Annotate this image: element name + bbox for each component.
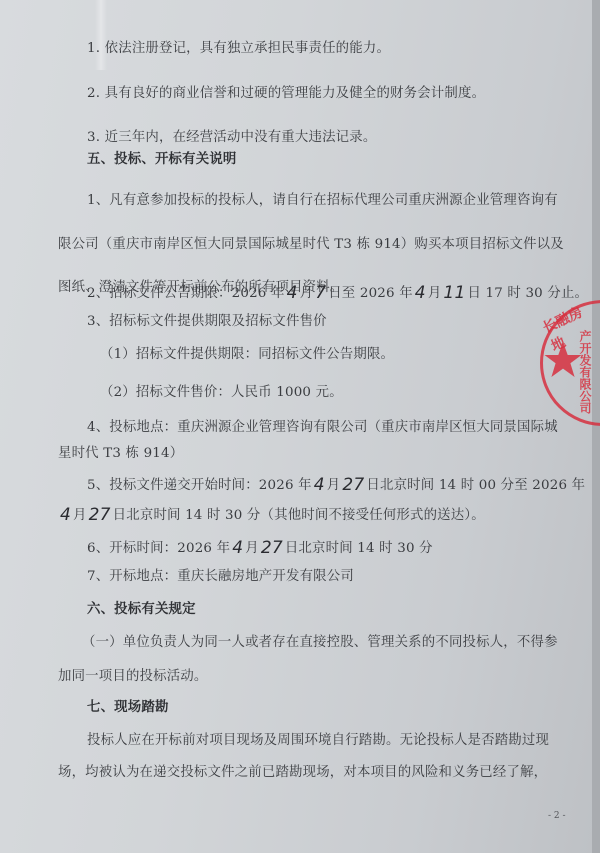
- s5-item2-prefix: 2、招标文件公告期限：2026 年: [87, 286, 285, 301]
- month-label: 月: [327, 478, 341, 493]
- s5-item5-line1: 5、投标文件递交开始时间：2026 年4月27日北京时间 14 时 00 分至 …: [87, 475, 585, 495]
- handwritten-day: 11: [441, 283, 467, 303]
- s5-item2-mid: 日至 2026 年: [328, 286, 413, 301]
- section-6-heading: 六、投标有关规定: [87, 600, 196, 618]
- handwritten-day: 27: [87, 505, 113, 525]
- handwritten-month: 4: [58, 505, 73, 525]
- handwritten-month: 4: [413, 283, 428, 303]
- s5-item2: 2、招标文件公告期限：2026 年4月7日至 2026 年4月11日 17 时 …: [87, 283, 588, 303]
- month-label: 月: [73, 508, 87, 523]
- handwritten-month: 4: [312, 475, 327, 495]
- section-7-heading: 七、现场踏勘: [87, 698, 169, 716]
- s7-line1: 投标人应在开标前对项目现场及周围环境自行踏勘。无论投标人是否踏勘过现: [87, 732, 549, 750]
- s5-item4-line1: 4、投标地点：重庆洲源企业管理咨询有限公司（重庆市南岸区恒大同景国际城: [87, 419, 558, 437]
- s5-item4-line2: 星时代 T3 栋 914）: [58, 445, 183, 463]
- s5-item6-prefix: 6、开标时间：2026 年: [87, 541, 230, 556]
- s5-item6: 6、开标时间：2026 年4月27日北京时间 14 时 30 分: [87, 538, 433, 558]
- month-label: 月: [428, 286, 442, 301]
- s5-item5-suffix1: 日北京时间 14 时 00 分至 2026 年: [366, 478, 585, 493]
- s5-item3-sub2: （2）招标文件售价：人民币 1000 元。: [100, 384, 343, 402]
- page-edge: [592, 0, 600, 853]
- page-number: - 2 -: [548, 811, 566, 821]
- s6-item1-line1: （一）单位负责人为同一人或者存在直接控股、管理关系的不同投标人，不得参: [82, 634, 558, 652]
- s5-item3-sub1: （1）招标文件提供期限：同招标文件公告期限。: [100, 346, 394, 364]
- s5-item1-line2: 限公司（重庆市南岸区恒大同景国际城星时代 T3 栋 914）购买本项目招标文件以…: [58, 236, 564, 254]
- s5-item7: 7、开标地点：重庆长融房地产开发有限公司: [87, 568, 354, 586]
- handwritten-day: 27: [259, 538, 285, 558]
- qualification-3: 3. 近三年内，在经营活动中没有重大违法记录。: [87, 129, 376, 147]
- qualification-1: 1. 依法注册登记，具有独立承担民事责任的能力。: [87, 40, 390, 58]
- handwritten-month: 4: [230, 538, 245, 558]
- handwritten-month: 4: [285, 283, 300, 303]
- handwritten-day: 7: [313, 283, 328, 303]
- handwritten-day: 27: [340, 475, 366, 495]
- section-5-heading: 五、投标、开标有关说明: [87, 150, 237, 168]
- month-label: 月: [245, 541, 259, 556]
- qualification-2: 2. 具有良好的商业信誉和过硬的管理能力及健全的财务会计制度。: [87, 85, 485, 103]
- s5-item1-line1: 1、凡有意参加投标的投标人，请自行在招标代理公司重庆洲源企业管理咨询有: [87, 192, 558, 210]
- seal-text-side: 产开发有限公司: [577, 330, 594, 414]
- s5-item2-suffix: 日 17 时 30 分止。: [467, 286, 588, 301]
- paper-fold-highlight: [95, 0, 107, 70]
- month-label: 月: [300, 286, 314, 301]
- s5-item5-line2: 4月27日北京时间 14 时 30 分（其他时间不接受任何形式的送达）。: [58, 505, 485, 525]
- s6-item1-line2: 加同一项目的投标活动。: [58, 668, 208, 686]
- s5-item6-suffix: 日北京时间 14 时 30 分: [285, 541, 433, 556]
- s7-line2: 场，均被认为在递交投标文件之前已踏勘现场，对本项目的风险和义务已经了解，: [58, 764, 547, 782]
- s5-item3: 3、招标标文件提供期限及招标文件售价: [87, 313, 327, 331]
- s5-item5-suffix2: 日北京时间 14 时 30 分（其他时间不接受任何形式的送达）。: [113, 508, 485, 523]
- s5-item5-prefix: 5、投标文件递交开始时间：2026 年: [87, 478, 312, 493]
